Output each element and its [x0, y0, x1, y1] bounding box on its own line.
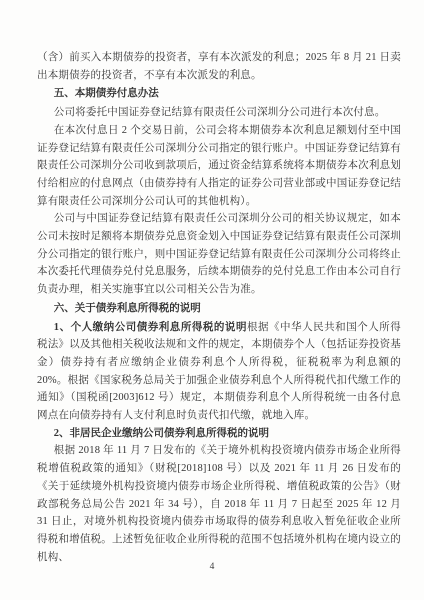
- section-heading: 六、关于债券利息所得税的说明: [37, 300, 401, 318]
- document-body: （含）前买入本期债券的投资者，享有本次派发的利息；2025 年 8 月 21 日…: [37, 49, 401, 566]
- paragraph: （含）前买入本期债券的投资者，享有本次派发的利息；2025 年 8 月 21 日…: [37, 49, 401, 84]
- paragraph: 公司将委托中国证券登记结算有限责任公司深圳分公司进行本次付息。: [37, 104, 401, 122]
- paragraph: 根据 2018 年 11 月 7 日发布的《关于境外机构投资境内债券市场企业所得…: [37, 442, 401, 566]
- paragraph: 公司与中国证券登记结算有限责任公司深圳分公司的相关协议规定，如本公司未按时足额将…: [37, 210, 401, 299]
- page-number: 4: [0, 562, 424, 572]
- section-heading: 五、本期债券付息办法: [37, 85, 401, 103]
- paragraph: 1、个人缴纳公司债券利息所得税的说明根据《中华人民共和国个人所得税法》以及其他相…: [37, 319, 401, 425]
- document-page: （含）前买入本期债券的投资者，享有本次派发的利息；2025 年 8 月 21 日…: [0, 0, 424, 600]
- paragraph: 在本次付息日 2 个交易日前，公司会将本期债券本次利息足额划付至中国证券登记结算…: [37, 122, 401, 211]
- list-item-label: 1、个人缴纳公司债券利息所得税的说明: [54, 322, 247, 333]
- section-heading: 2、非居民企业缴纳公司债券利息所得税的说明: [37, 425, 401, 443]
